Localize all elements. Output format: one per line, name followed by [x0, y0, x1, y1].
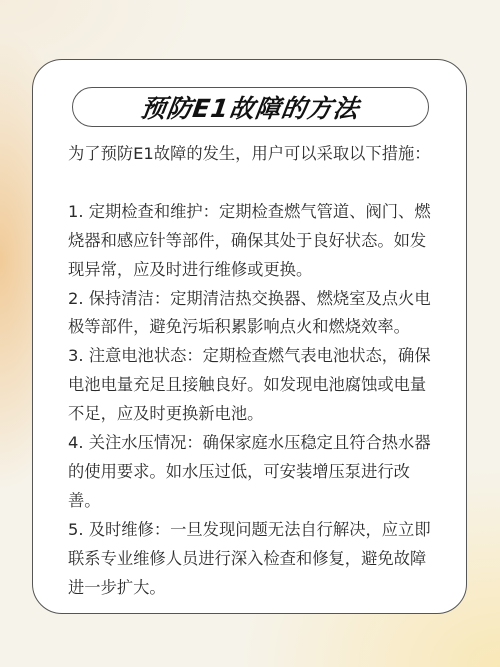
- measure-item-1: 1. 定期检查和维护：定期检查燃气管道、阀门、燃烧器和感应针等部件，确保其处于良…: [68, 198, 438, 285]
- measure-item-2: 2. 保持清洁：定期清洁热交换器、燃烧室及点火电极等部件，避免污垢积累影响点火和…: [68, 285, 438, 343]
- title-pill: 预防E1故障的方法: [72, 87, 429, 127]
- content-card: 预防E1故障的方法 为了预防E1故障的发生，用户可以采取以下措施： 1. 定期检…: [32, 59, 467, 614]
- measure-item-5: 5. 及时维修：一旦发现问题无法自行解决，应立即联系专业维修人员进行深入检查和修…: [68, 516, 438, 603]
- measure-item-3: 3. 注意电池状态：定期检查燃气表电池状态，确保电池电量充足且接触良好。如发现电…: [68, 342, 438, 429]
- page-title: 预防E1故障的方法: [139, 89, 363, 125]
- article-body: 为了预防E1故障的发生，用户可以采取以下措施： 1. 定期检查和维护：定期检查燃…: [68, 140, 438, 602]
- measure-item-4: 4. 关注水压情况：确保家庭水压稳定且符合热水器的使用要求。如水压过低，可安装增…: [68, 429, 438, 516]
- intro-paragraph: 为了预防E1故障的发生，用户可以采取以下措施：: [68, 140, 438, 169]
